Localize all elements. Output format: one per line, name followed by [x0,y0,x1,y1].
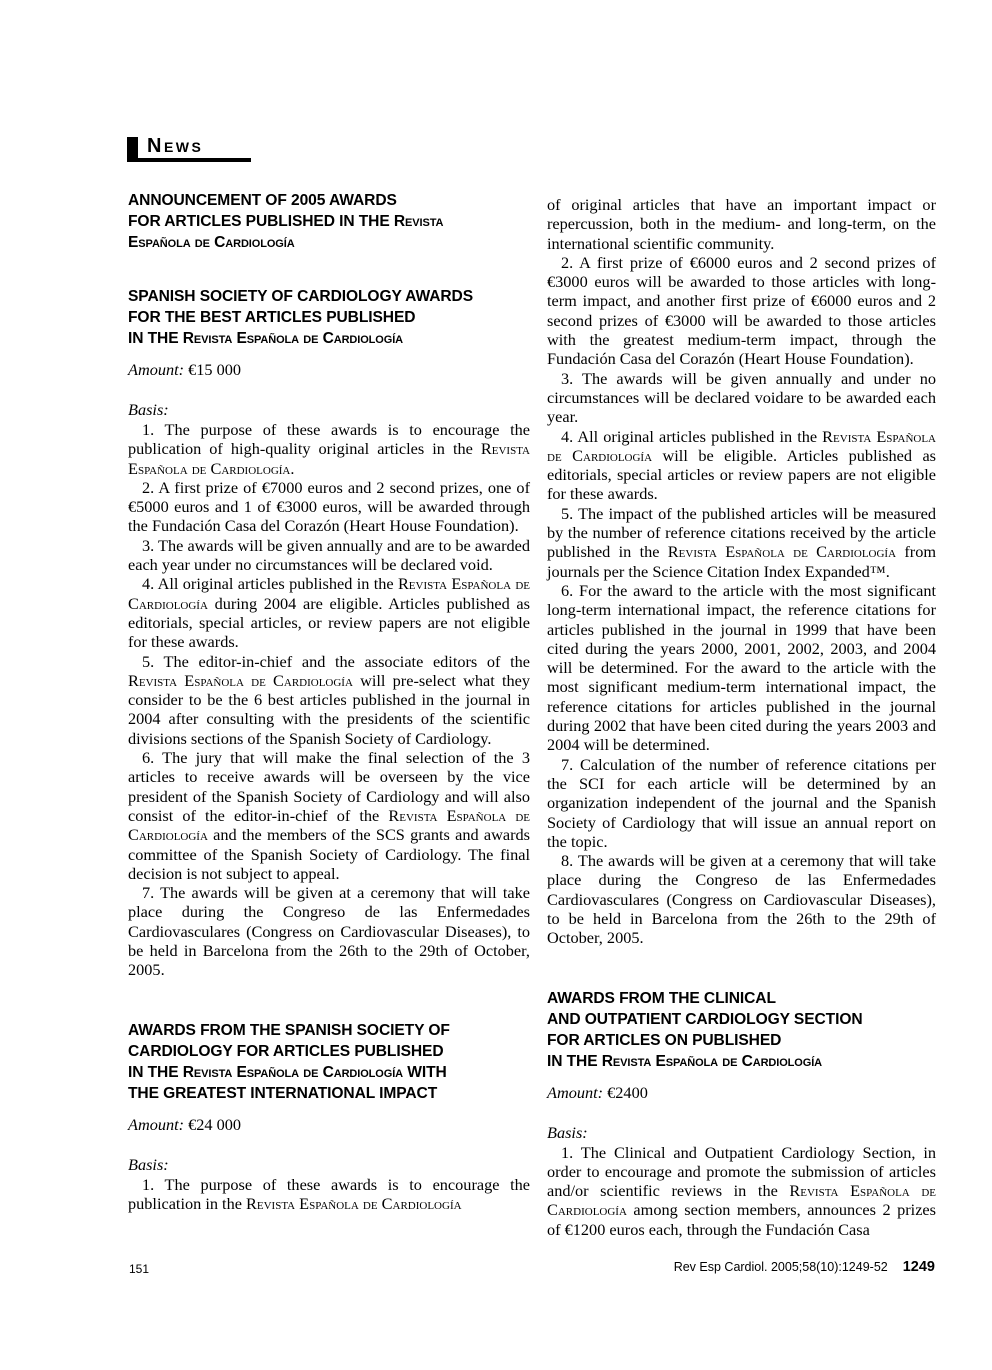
amount-label: Amount: [128,360,184,379]
news-section-label: News [147,135,203,157]
journal-name-smallcaps: Revista Española de Cardiología [183,330,403,347]
text-run: 4. All original articles published in th… [142,574,398,593]
paragraph: 5. The impact of the published articles … [547,504,936,581]
text-run: 7. Calculation of the number of referenc… [547,755,936,851]
heading-line: AND OUTPATIENT CARDIOLOGY SECTION [547,1009,936,1030]
paragraph: 1. The purpose of these awards is to enc… [128,420,530,478]
news-underline-rule [127,158,251,162]
text-run: AND OUTPATIENT CARDIOLOGY SECTION [547,1011,863,1028]
text-run: IN THE [128,330,183,347]
text-run: FOR ARTICLES ON PUBLISHED [547,1032,781,1049]
section-heading: AWARDS FROM THE CLINICALAND OUTPATIENT C… [547,988,936,1072]
heading-line: SPANISH SOCIETY OF CARDIOLOGY AWARDS [128,286,530,307]
paragraph: 1. The Clinical and Outpatient Cardiolog… [547,1143,936,1239]
basis-label: Basis: [128,400,530,420]
paragraph: 5. The editor-in-chief and the associate… [128,652,530,748]
text-run: 1. The purpose of these awards is to enc… [128,420,530,458]
amount-label: Amount: [547,1083,603,1102]
text-run: AWARDS FROM THE SPANISH SOCIETY OF [128,1022,450,1039]
heading-line: CARDIOLOGY FOR ARTICLES PUBLISHED [128,1041,530,1062]
paragraph: 2. A first prize of €6000 euros and 2 se… [547,253,936,369]
paragraph: 7. Calculation of the number of referenc… [547,755,936,851]
text-run: 3. The awards will be given annually and… [128,536,530,574]
paragraph: 6. For the award to the article with the… [547,581,936,755]
heading-line: ANNOUNCEMENT OF 2005 AWARDS [128,190,530,211]
journal-name-smallcaps: Revista Española de Cardiología [128,671,353,690]
text-run: 2. A first prize of €6000 euros and 2 se… [547,253,936,368]
heading-line: Española de Cardiología [128,232,530,253]
section-heading: AWARDS FROM THE SPANISH SOCIETY OFCARDIO… [128,1020,530,1104]
journal-name-smallcaps: Revista Española de Cardiología [183,1064,403,1081]
journal-name-smallcaps: Revista [394,213,443,230]
heading-line: THE GREATEST INTERNATIONAL IMPACT [128,1083,530,1104]
journal-page: News ANNOUNCEMENT OF 2005 AWARDSFOR ARTI… [0,0,992,1370]
paragraph: 7. The awards will be given at a ceremon… [128,883,530,979]
text-run: CARDIOLOGY FOR ARTICLES PUBLISHED [128,1043,444,1060]
text-run: ANNOUNCEMENT OF 2005 AWARDS [128,192,397,209]
journal-name-smallcaps: Española de Cardiología [128,234,295,251]
paragraph: 2. A first prize of €7000 euros and 2 se… [128,478,530,536]
section-heading: SPANISH SOCIETY OF CARDIOLOGY AWARDSFOR … [128,286,530,349]
text-run: AWARDS FROM THE CLINICAL [547,990,776,1007]
text-run: 4. All original articles published in th… [561,427,822,446]
basis-label: Basis: [128,1155,530,1175]
paragraph: 1. The purpose of these awards is to enc… [128,1175,530,1214]
text-run: 7. The awards will be given at a ceremon… [128,883,530,979]
text-run: IN THE [128,1064,183,1081]
text-run: SPANISH SOCIETY OF CARDIOLOGY AWARDS [128,288,473,305]
text-run: 6. For the award to the article with the… [547,581,936,754]
amount-line: Amount: €24 000 [128,1115,530,1135]
basis-label: Basis: [547,1123,936,1143]
amount-value: €2400 [603,1083,648,1102]
heading-line: AWARDS FROM THE SPANISH SOCIETY OF [128,1020,530,1041]
heading-line: FOR ARTICLES PUBLISHED IN THE Revista [128,211,530,232]
amount-value: €15 000 [184,360,241,379]
text-run: 3. The awards will be given annually and… [547,369,936,427]
text-run: THE GREATEST INTERNATIONAL IMPACT [128,1085,437,1102]
footer-citation: Rev Esp Cardiol. 2005;58(10):1249-52 [674,1260,888,1274]
text-run: FOR THE BEST ARTICLES PUBLISHED [128,309,415,326]
footer-proof-number: 151 [129,1262,149,1276]
news-running-head: News [127,137,251,163]
paragraph: 6. The jury that will make the final sel… [128,748,530,883]
amount-value: €24 000 [184,1115,241,1134]
text-run: IN THE [547,1053,602,1070]
text-run: WITH [403,1064,447,1081]
section-heading: ANNOUNCEMENT OF 2005 AWARDSFOR ARTICLES … [128,190,530,253]
text-run: of original articles that have an import… [547,195,936,253]
paragraph: 3. The awards will be given annually and… [547,369,936,427]
left-column: ANNOUNCEMENT OF 2005 AWARDSFOR ARTICLES … [128,190,530,1213]
text-run: 2. A first prize of €7000 euros and 2 se… [128,478,530,536]
text-run: 5. The editor-in-chief and the associate… [142,652,530,671]
heading-line: FOR ARTICLES ON PUBLISHED [547,1030,936,1051]
paragraph: 3. The awards will be given annually and… [128,536,530,575]
text-run: FOR ARTICLES PUBLISHED IN THE [128,213,394,230]
journal-name-smallcaps: Revista Española de Cardiología [246,1194,462,1213]
heading-line: IN THE Revista Española de Cardiología W… [128,1062,530,1083]
amount-label: Amount: [128,1115,184,1134]
heading-line: FOR THE BEST ARTICLES PUBLISHED [128,307,530,328]
footer-citation-block: Rev Esp Cardiol. 2005;58(10):1249-52 124… [674,1259,935,1275]
text-run: 8. The awards will be given at a ceremon… [547,851,936,947]
paragraph: 4. All original articles published in th… [547,427,936,504]
footer-page-number: 1249 [903,1259,935,1275]
paragraph: of original articles that have an import… [547,195,936,253]
journal-name-smallcaps: Revista Española de Cardiología [668,542,896,561]
heading-line: AWARDS FROM THE CLINICAL [547,988,936,1009]
heading-line: IN THE Revista Española de Cardiología [128,328,530,349]
paragraph: 4. All original articles published in th… [128,574,530,651]
amount-line: Amount: €2400 [547,1083,936,1103]
text-run: . [290,459,294,478]
heading-line: IN THE Revista Española de Cardiología [547,1051,936,1072]
amount-line: Amount: €15 000 [128,360,530,380]
journal-name-smallcaps: Revista Española de Cardiología [602,1053,822,1070]
right-column: of original articles that have an import… [547,195,936,1239]
paragraph: 8. The awards will be given at a ceremon… [547,851,936,947]
